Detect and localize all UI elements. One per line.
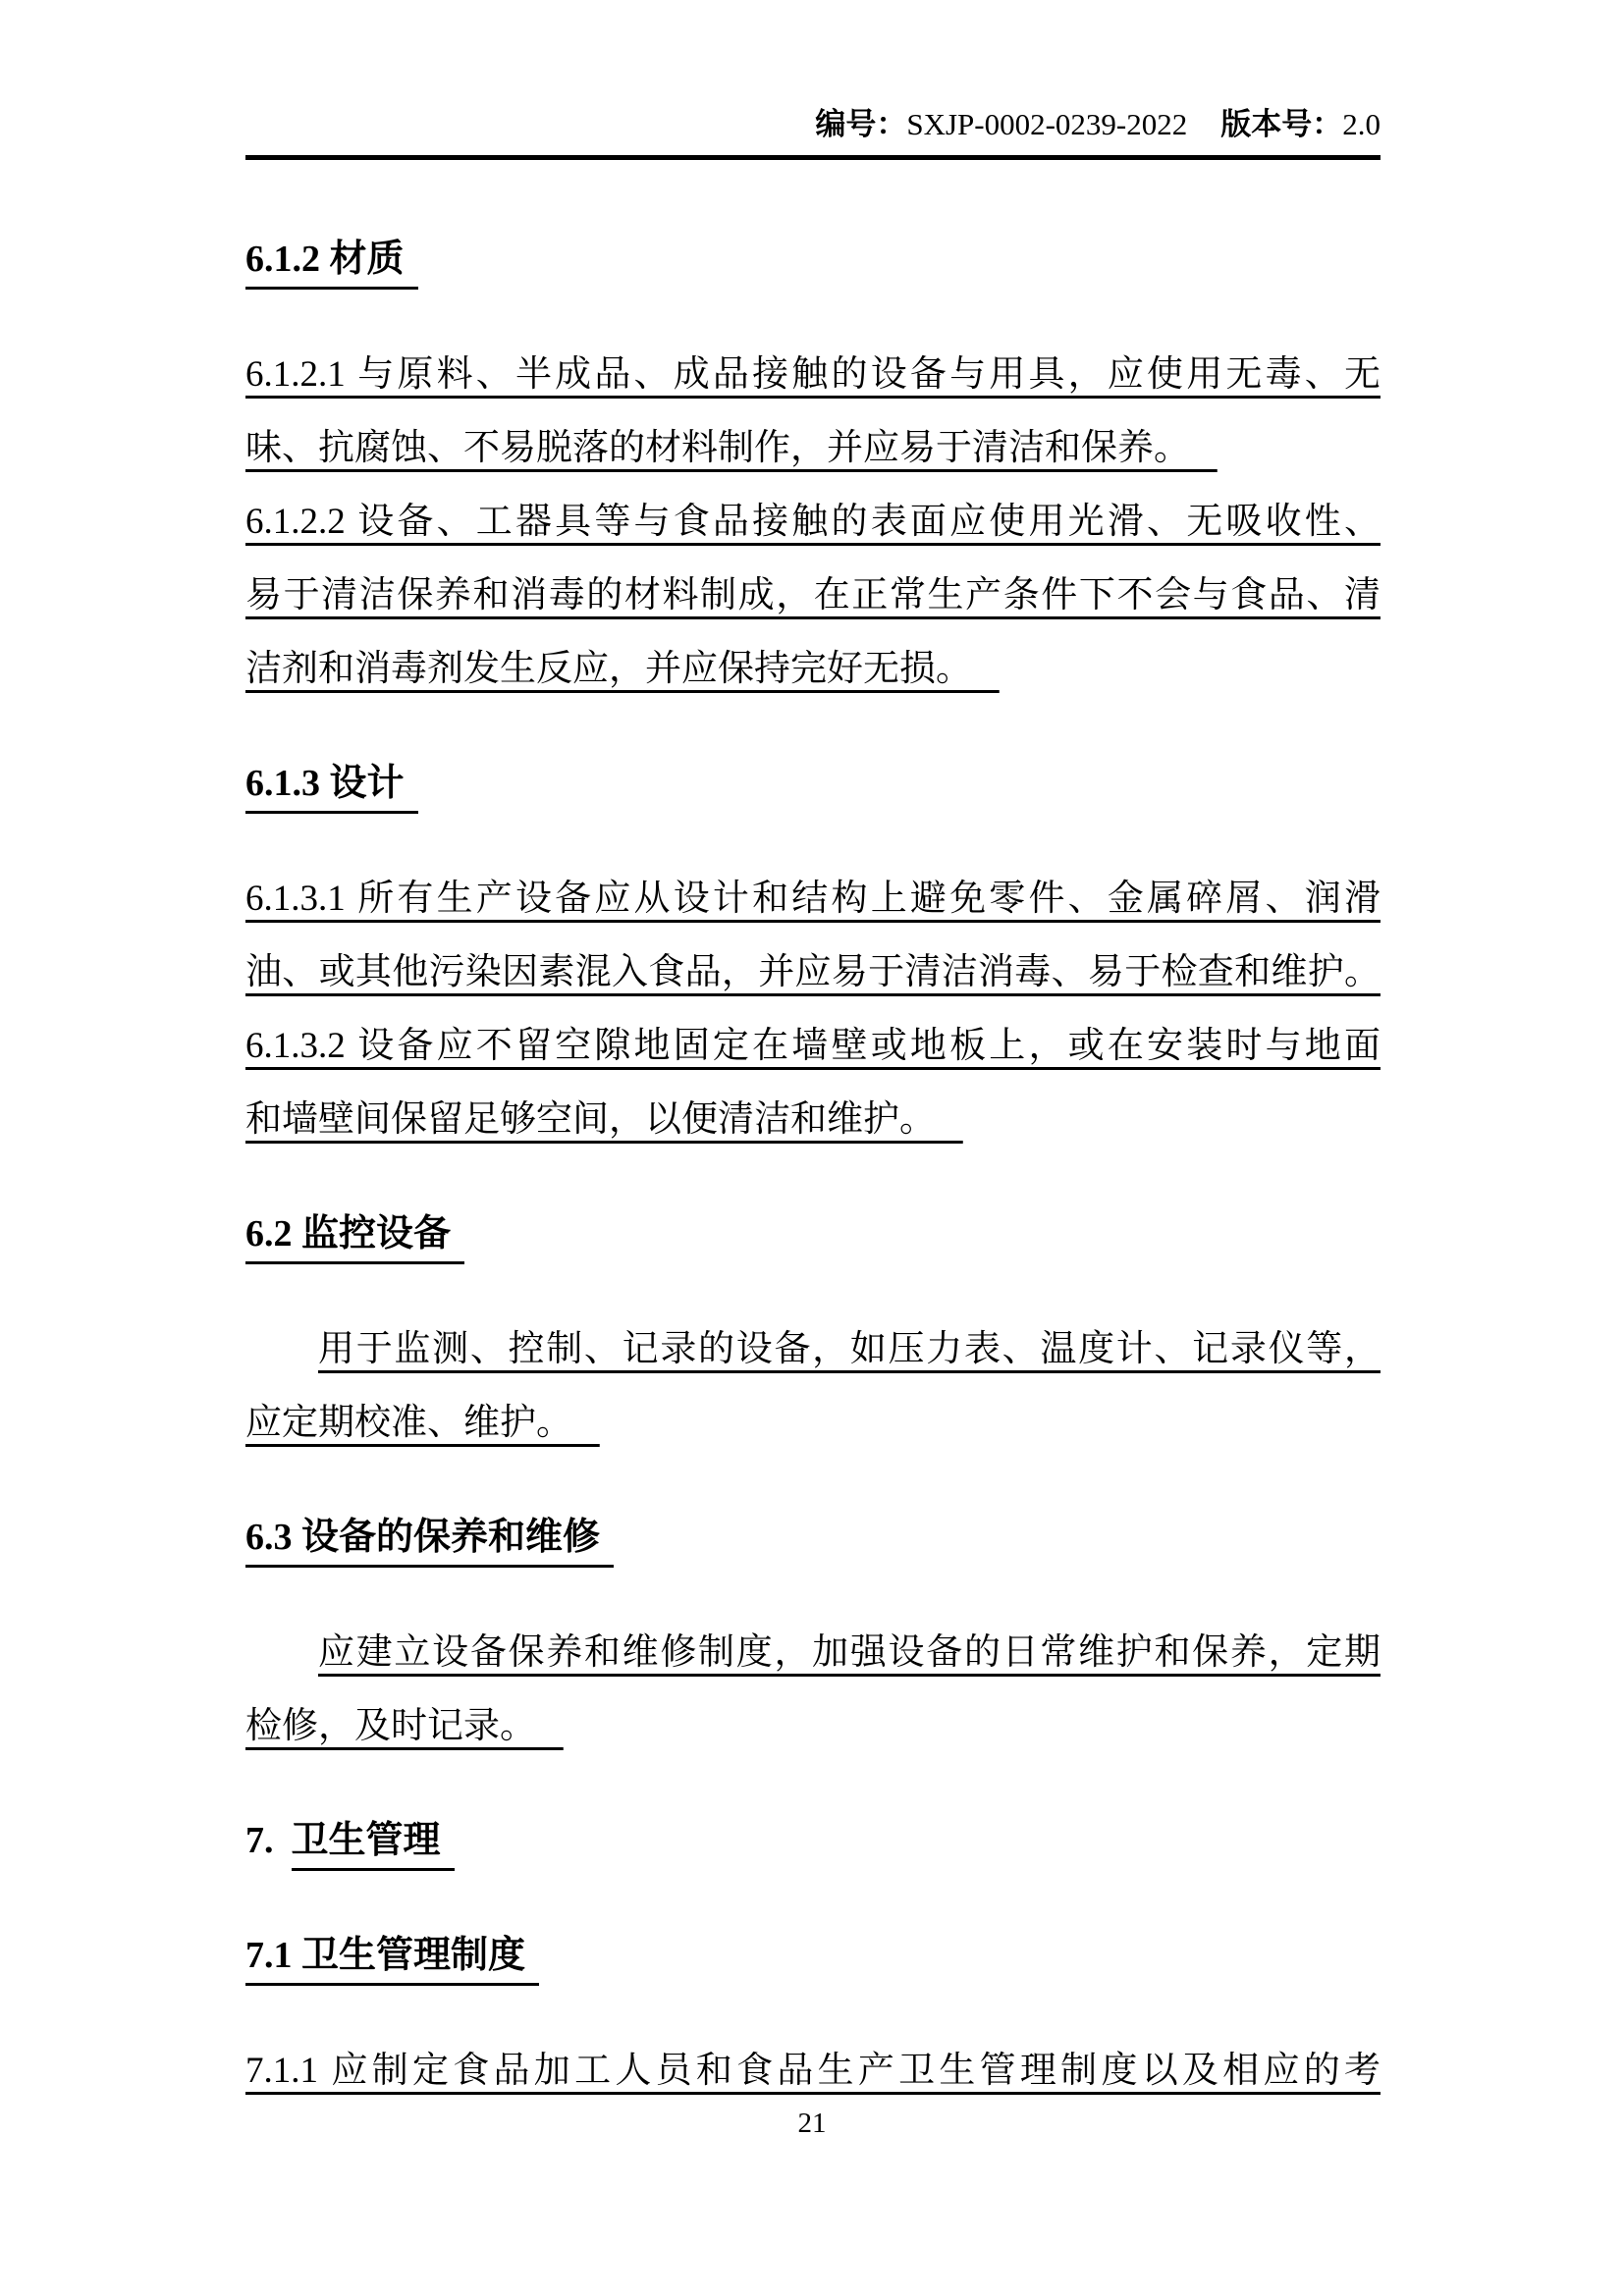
paragraph-6-1-3-1-line-2: 油、或其他污染因素混入食品，并应易于清洁消毒、易于检查和维护。 [245,935,1380,1009]
heading-7-number: 7. [245,1820,274,1861]
doc-number-label: 编号： [815,107,906,141]
document-page: 编号：SXJP-0002-0239-2022版本号：2.0 6.1.2 材质 6… [0,0,1624,2296]
heading-6-2: 6.2 监控设备 [245,1198,1380,1271]
paragraph-6-1-2-2-line-2: 易于清洁保养和消毒的材料制成，在正常生产条件下不会与食品、清 [245,559,1380,632]
heading-6-1-3: 6.1.3 设计 [245,747,1380,821]
heading-7: 7.卫生管理 [245,1804,1380,1878]
paragraph-6-1-2-2-line-1: 6.1.2.2 设备、工器具等与食品接触的表面应使用光滑、无吸收性、 [245,485,1380,559]
paragraph-6-2-line-2: 应定期校准、维护。 [245,1386,1380,1460]
paragraph-6-1-3-1-line-1: 6.1.3.1 所有生产设备应从设计和结构上避免零件、金属碎屑、润滑 [245,862,1380,935]
paragraph-6-1-2-2-line-3: 洁剂和消毒剂发生反应，并应保持完好无损。 [245,632,1380,706]
version-number: 2.0 [1342,107,1380,141]
heading-6-1-3-text: 6.1.3 设计 [245,763,418,814]
paragraph-6-3-line-2: 检修，及时记录。 [245,1689,1380,1763]
page-number: 21 [0,2107,1624,2140]
heading-7-1: 7.1 卫生管理制度 [245,1919,1380,1993]
doc-number: SXJP-0002-0239-2022 [906,107,1187,141]
heading-6-1-2-text: 6.1.2 材质 [245,239,418,290]
heading-6-2-text: 6.2 监控设备 [245,1213,464,1264]
paragraph-6-3-line-1: 应建立设备保养和维修制度，加强设备的日常维护和保养，定期 [245,1616,1380,1689]
paragraph-6-1-3-2-line-2: 和墙壁间保留足够空间，以便清洁和维护。 [245,1083,1380,1156]
paragraph-6-2-line-1: 用于监测、控制、记录的设备，如压力表、温度计、记录仪等， [245,1312,1380,1386]
heading-7-title: 卫生管理 [292,1820,455,1871]
heading-6-3: 6.3 设备的保养和维修 [245,1501,1380,1575]
paragraph-6-1-3-2-line-1: 6.1.3.2 设备应不留空隙地固定在墙壁或地板上，或在安装时与地面 [245,1009,1380,1083]
heading-6-3-text: 6.3 设备的保养和维修 [245,1517,614,1568]
paragraph-6-1-2-1-line-1: 6.1.2.1 与原料、半成品、成品接触的设备与用具，应使用无毒、无 [245,338,1380,411]
header-divider [245,155,1380,160]
heading-7-1-text: 7.1 卫生管理制度 [245,1935,539,1986]
paragraph-6-1-2-1-line-2: 味、抗腐蚀、不易脱落的材料制作，并应易于清洁和保养。 [245,411,1380,485]
paragraph-7-1-1-line-1: 7.1.1 应制定食品加工人员和食品生产卫生管理制度以及相应的考 [245,2034,1380,2108]
page-content: 编号：SXJP-0002-0239-2022版本号：2.0 6.1.2 材质 6… [245,0,1380,2108]
version-label: 版本号： [1220,107,1342,141]
doc-header: 编号：SXJP-0002-0239-2022版本号：2.0 [245,0,1380,147]
heading-6-1-2: 6.1.2 材质 [245,223,1380,296]
